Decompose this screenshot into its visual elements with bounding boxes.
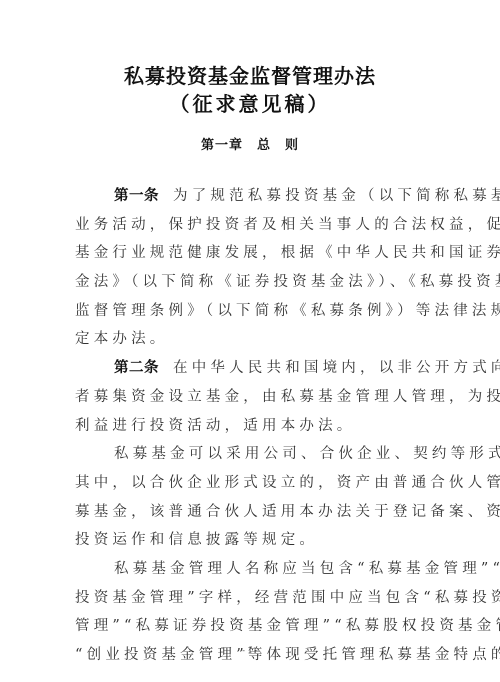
text-line: 管理”“私募证券投资基金管理”“私募股权投资基金管理” xyxy=(75,612,430,641)
article-2-label: 第二条 xyxy=(114,360,159,376)
text-line: 募基金，该普通合伙人适用本办法关于登记备案、资金募集、 xyxy=(75,498,430,527)
article-2-first-line: 第二条在中华人民共和国境内，以非公开方式向投资 xyxy=(75,354,430,383)
article-2-text: 在中华人民共和国境内，以非公开方式向投资 xyxy=(173,360,500,376)
chapter-heading: 第一章 总 则 xyxy=(0,134,500,153)
article-1-label: 第一条 xyxy=(114,188,159,204)
document-body: 第一条为了规范私募投资基金（以下简称私募基金） 业务活动，保护投资者及相关当事人… xyxy=(75,182,430,670)
text-line: 基金行业规范健康发展，根据《中华人民共和国证券投资基 xyxy=(75,239,430,268)
text-line: 者募集资金设立基金，由私募基金管理人管理，为投资者的 xyxy=(75,383,430,412)
document-subtitle: （征求意见稿） xyxy=(0,88,500,117)
text-line: 金法》（以下简称《证券投资基金法》）、《私募投资基金 xyxy=(75,268,430,297)
document-title: 私募投资基金监督管理办法 xyxy=(0,60,500,89)
paragraph-first-line: 私募基金管理人名称应当包含“私募基金管理”“创业 xyxy=(75,555,430,584)
article-1-text: 为了规范私募投资基金（以下简称私募基金） xyxy=(173,188,500,204)
page-number: - 1 - xyxy=(0,646,500,655)
paragraph-first-line: 私募基金可以采用公司、合伙企业、契约等形式设立。 xyxy=(75,440,430,469)
article-1-first-line: 第一条为了规范私募投资基金（以下简称私募基金） xyxy=(75,182,430,211)
text-line: 利益进行投资活动，适用本办法。 xyxy=(75,412,430,441)
text-line: 业务活动，保护投资者及相关当事人的合法权益，促进私募 xyxy=(75,211,430,240)
text-line: 其中，以合伙企业形式设立的，资产由普通合伙人管理的私 xyxy=(75,469,430,498)
text-line: 定本办法。 xyxy=(75,325,430,354)
text-line: 监督管理条例》（以下简称《私募条例》）等法律法规，制 xyxy=(75,297,430,326)
text-line: 投资基金管理”字样，经营范围中应当包含“私募投资基金 xyxy=(75,584,430,613)
text-line: 投资运作和信息披露等规定。 xyxy=(75,526,430,555)
